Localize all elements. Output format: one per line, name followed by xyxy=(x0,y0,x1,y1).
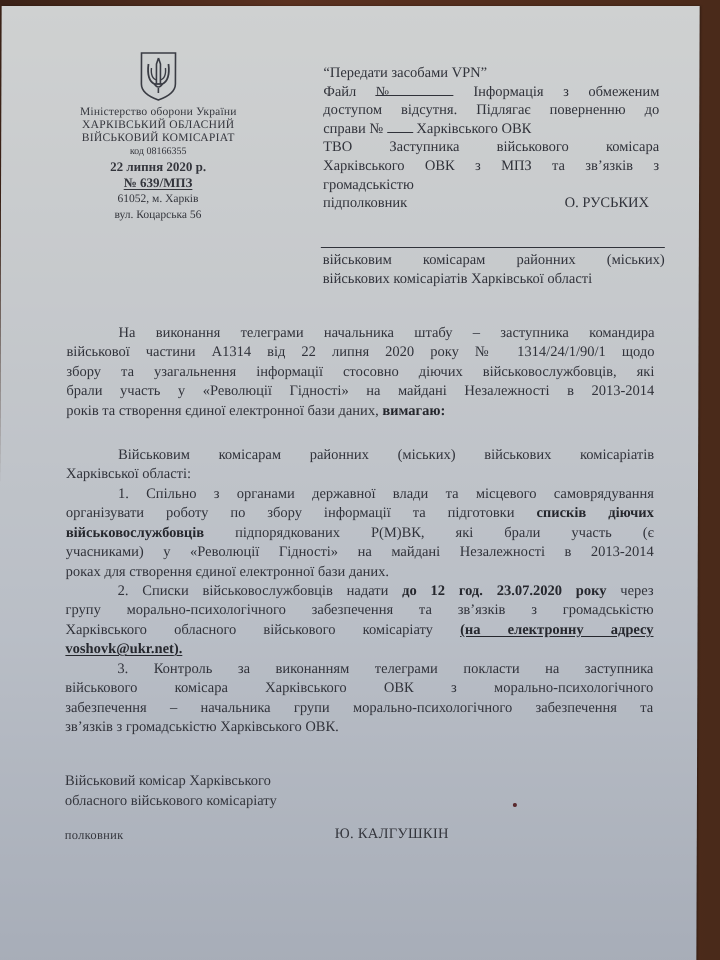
org-code: код 08166355 xyxy=(63,145,253,158)
intro-line: збору та узагальнення інформації стосовн… xyxy=(66,363,654,382)
restricted-note-line2: доступом відсутня. Підлягає поверненню д… xyxy=(323,101,659,120)
addressee-line2: військових комісаріатів Харківської обла… xyxy=(323,270,665,289)
intro-line: військової частини А1314 від 22 липня 20… xyxy=(66,343,654,362)
file-line: Файл № Інформація з обмеженим xyxy=(323,83,659,102)
directive-addressee-line2: Харківської області: xyxy=(66,465,654,484)
deadline: до 12 год. 23.07.2020 року xyxy=(402,583,606,599)
signatory-name: Ю. КАЛГУШКІН xyxy=(335,826,449,843)
file-label: Файл xyxy=(323,84,356,100)
document-page: Міністерство оборони України ХАРКІВСЬКИЙ… xyxy=(0,6,700,960)
email-address: voshovk@ukr.net xyxy=(65,641,174,657)
recipient-line3: громадськістю xyxy=(323,176,659,195)
signatory-rank: полковник xyxy=(65,828,124,843)
addressee-line1: військовим комісарам районних (міських) xyxy=(323,251,665,270)
document-date: 22 липня 2020 р. xyxy=(63,158,253,175)
recipient-line1: ТВО Заступника військового комісара xyxy=(323,138,659,157)
intro-line-last: років та створення єдиної електронної ба… xyxy=(66,402,654,421)
letterhead: Міністерство оборони України ХАРКІВСЬКИЙ… xyxy=(63,50,254,223)
recipient-line2: Харківського ОВК з МПЗ та зв’язків з xyxy=(323,157,659,176)
demand-word: вимагаю: xyxy=(382,403,445,419)
file-number-blank: № xyxy=(376,83,454,96)
restricted-note-line1: Інформація з обмеженим xyxy=(473,84,659,100)
addressee-block: військовим комісарам районних (міських) … xyxy=(323,251,665,289)
org-name-line2: ВІЙСЬКОВИЙ КОМІСАРІАТ xyxy=(63,132,253,145)
ministry-name: Міністерство оборони України xyxy=(63,106,253,119)
header-divider xyxy=(321,247,665,248)
routing-block: “Передати засобами VPN” Файл № Інформаці… xyxy=(323,64,660,213)
intro-line: брали участь у «Революції Гідності» на м… xyxy=(66,382,654,401)
address-line2: вул. Коцарська 56 xyxy=(63,207,253,223)
directive-addressee-line1: Військовим комісарам районних (міських) … xyxy=(66,446,654,465)
directive-item-3: 3. Контроль за виконанням телеграми покл… xyxy=(65,660,653,738)
return-line: справи № Харківського ОВК xyxy=(323,120,659,139)
directive-addressee: Військовим комісарам районних (міських) … xyxy=(66,446,654,485)
case-number-blank xyxy=(387,120,413,133)
org-name-line1: ХАРКІВСЬКИЙ ОБЛАСНИЙ xyxy=(63,119,253,132)
recipient-rank: підполковник xyxy=(323,194,407,213)
recipient-signature-row: підполковник О. РУСЬКИХ xyxy=(323,194,659,213)
address-line1: 61052, м. Харків xyxy=(63,191,253,207)
intro-line: На виконання телеграми начальника штабу … xyxy=(66,324,654,343)
coat-of-arms-icon xyxy=(138,50,178,102)
transmit-note: “Передати засобами VPN” xyxy=(323,64,659,83)
signatory-title: Військовий комісар Харківського обласног… xyxy=(65,771,277,811)
directive-item-2: 2. Списки військовослужбовців надати до … xyxy=(65,582,653,660)
intro-paragraph: На виконання телеграми начальника штабу … xyxy=(66,324,654,421)
document-number: № 639/МПЗ xyxy=(63,175,253,191)
directive-item-1: 1. Спільно з органами державної влади та… xyxy=(66,485,654,582)
ink-speck xyxy=(513,803,517,807)
recipient-name: О. РУСЬКИХ xyxy=(565,194,649,213)
